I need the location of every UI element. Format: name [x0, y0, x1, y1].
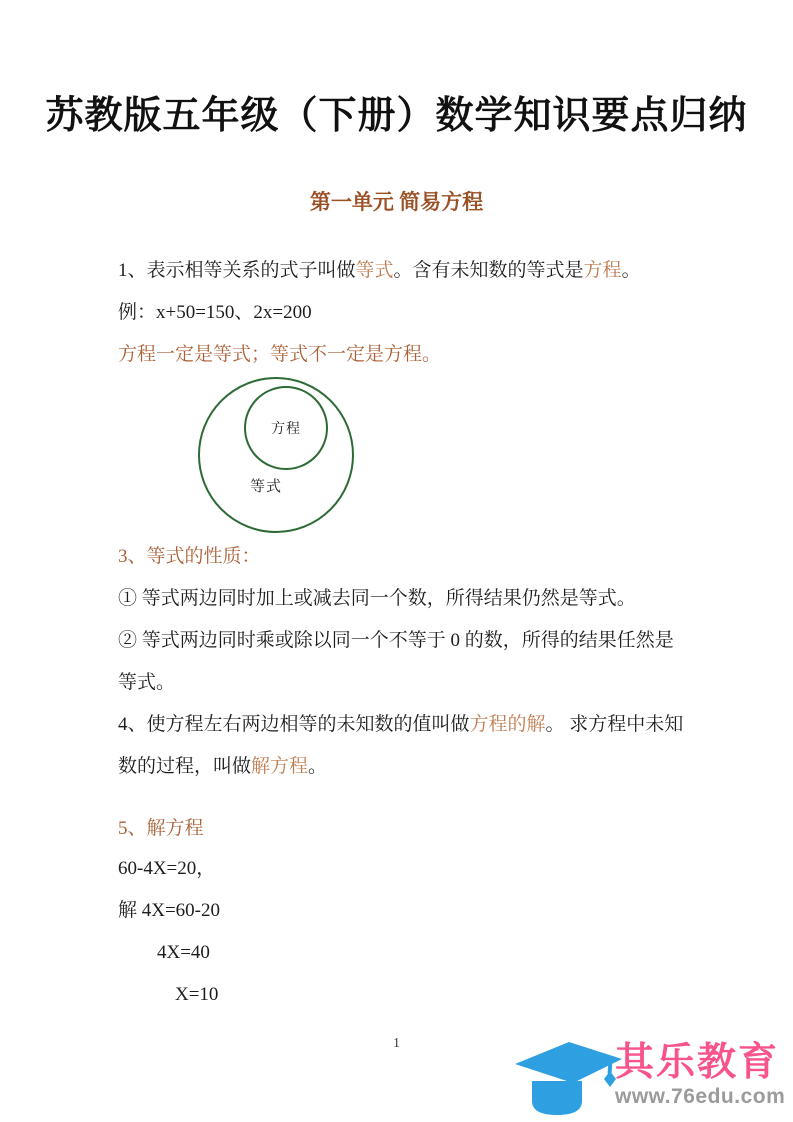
statement-1-end: 。 — [622, 260, 641, 281]
highlight-solving-equation: 解方程 — [251, 756, 308, 777]
statement-4-pre: 4、使方程左右两边相等的未知数的值叫做 — [118, 714, 470, 735]
statement-1-text: 1、表示相等关系的式子叫做 — [118, 260, 356, 281]
equation-line-2: 解 4X=60-20 — [118, 900, 220, 922]
heading-5: 5、解方程 — [118, 818, 204, 840]
statement-4-end: 。 求方程中未知 — [546, 714, 684, 735]
property-1: ① 等式两边同时加上或减去同一个数，所得结果仍然是等式。 — [118, 588, 636, 610]
statement-1-mid: 。含有未知数的等式是 — [394, 260, 584, 281]
equation-line-1: 60-4X=20， — [118, 858, 215, 880]
document-page: 苏教版五年级（下册）数学知识要点归纳 第一单元 简易方程 1、表示相等关系的式子… — [0, 0, 793, 1122]
brand-name: 其乐教育 — [615, 1041, 787, 1085]
statement-4b-pre: 数的过程，叫做 — [118, 756, 251, 777]
brand-logo: 其乐教育 www.76edu.com — [513, 1041, 793, 1119]
highlight-dengshi: 等式 — [356, 260, 394, 281]
statement-1: 1、表示相等关系的式子叫做等式。含有未知数的等式是方程。 — [118, 260, 641, 282]
page-title: 苏教版五年级（下册）数学知识要点归纳 — [0, 84, 793, 139]
statement-4-line-1: 4、使方程左右两边相等的未知数的值叫做方程的解。 求方程中未知 — [118, 714, 683, 736]
example-line: 例：x+50=150、2x=200 — [118, 302, 312, 324]
statement-4-line-2: 数的过程，叫做解方程。 — [118, 756, 327, 778]
venn-inner-label: 方程 — [271, 418, 301, 438]
highlight-solution-of-equation: 方程的解 — [470, 714, 546, 735]
brand-text-block: 其乐教育 www.76edu.com — [615, 1041, 787, 1109]
graduation-cap-icon — [513, 1041, 625, 1119]
statement-4b-end: 。 — [308, 756, 327, 777]
heading-3: 3、等式的性质： — [118, 546, 261, 568]
unit-heading: 第一单元 简易方程 — [0, 186, 793, 216]
venn-diagram — [196, 375, 358, 537]
equation-line-4: X=10 — [175, 984, 218, 1006]
brand-url: www.76edu.com — [615, 1085, 787, 1109]
highlight-fangcheng: 方程 — [584, 260, 622, 281]
outer-circle-equation-set — [199, 378, 353, 532]
venn-outer-label: 等式 — [250, 475, 282, 496]
property-2-line-1: ② 等式两边同时乘或除以同一个不等于 0 的数，所得的结果任然是 — [118, 630, 674, 652]
property-2-line-2: 等式。 — [118, 672, 175, 694]
equation-line-3: 4X=40 — [157, 942, 210, 964]
rule-line: 方程一定是等式；等式不一定是方程。 — [118, 344, 441, 366]
